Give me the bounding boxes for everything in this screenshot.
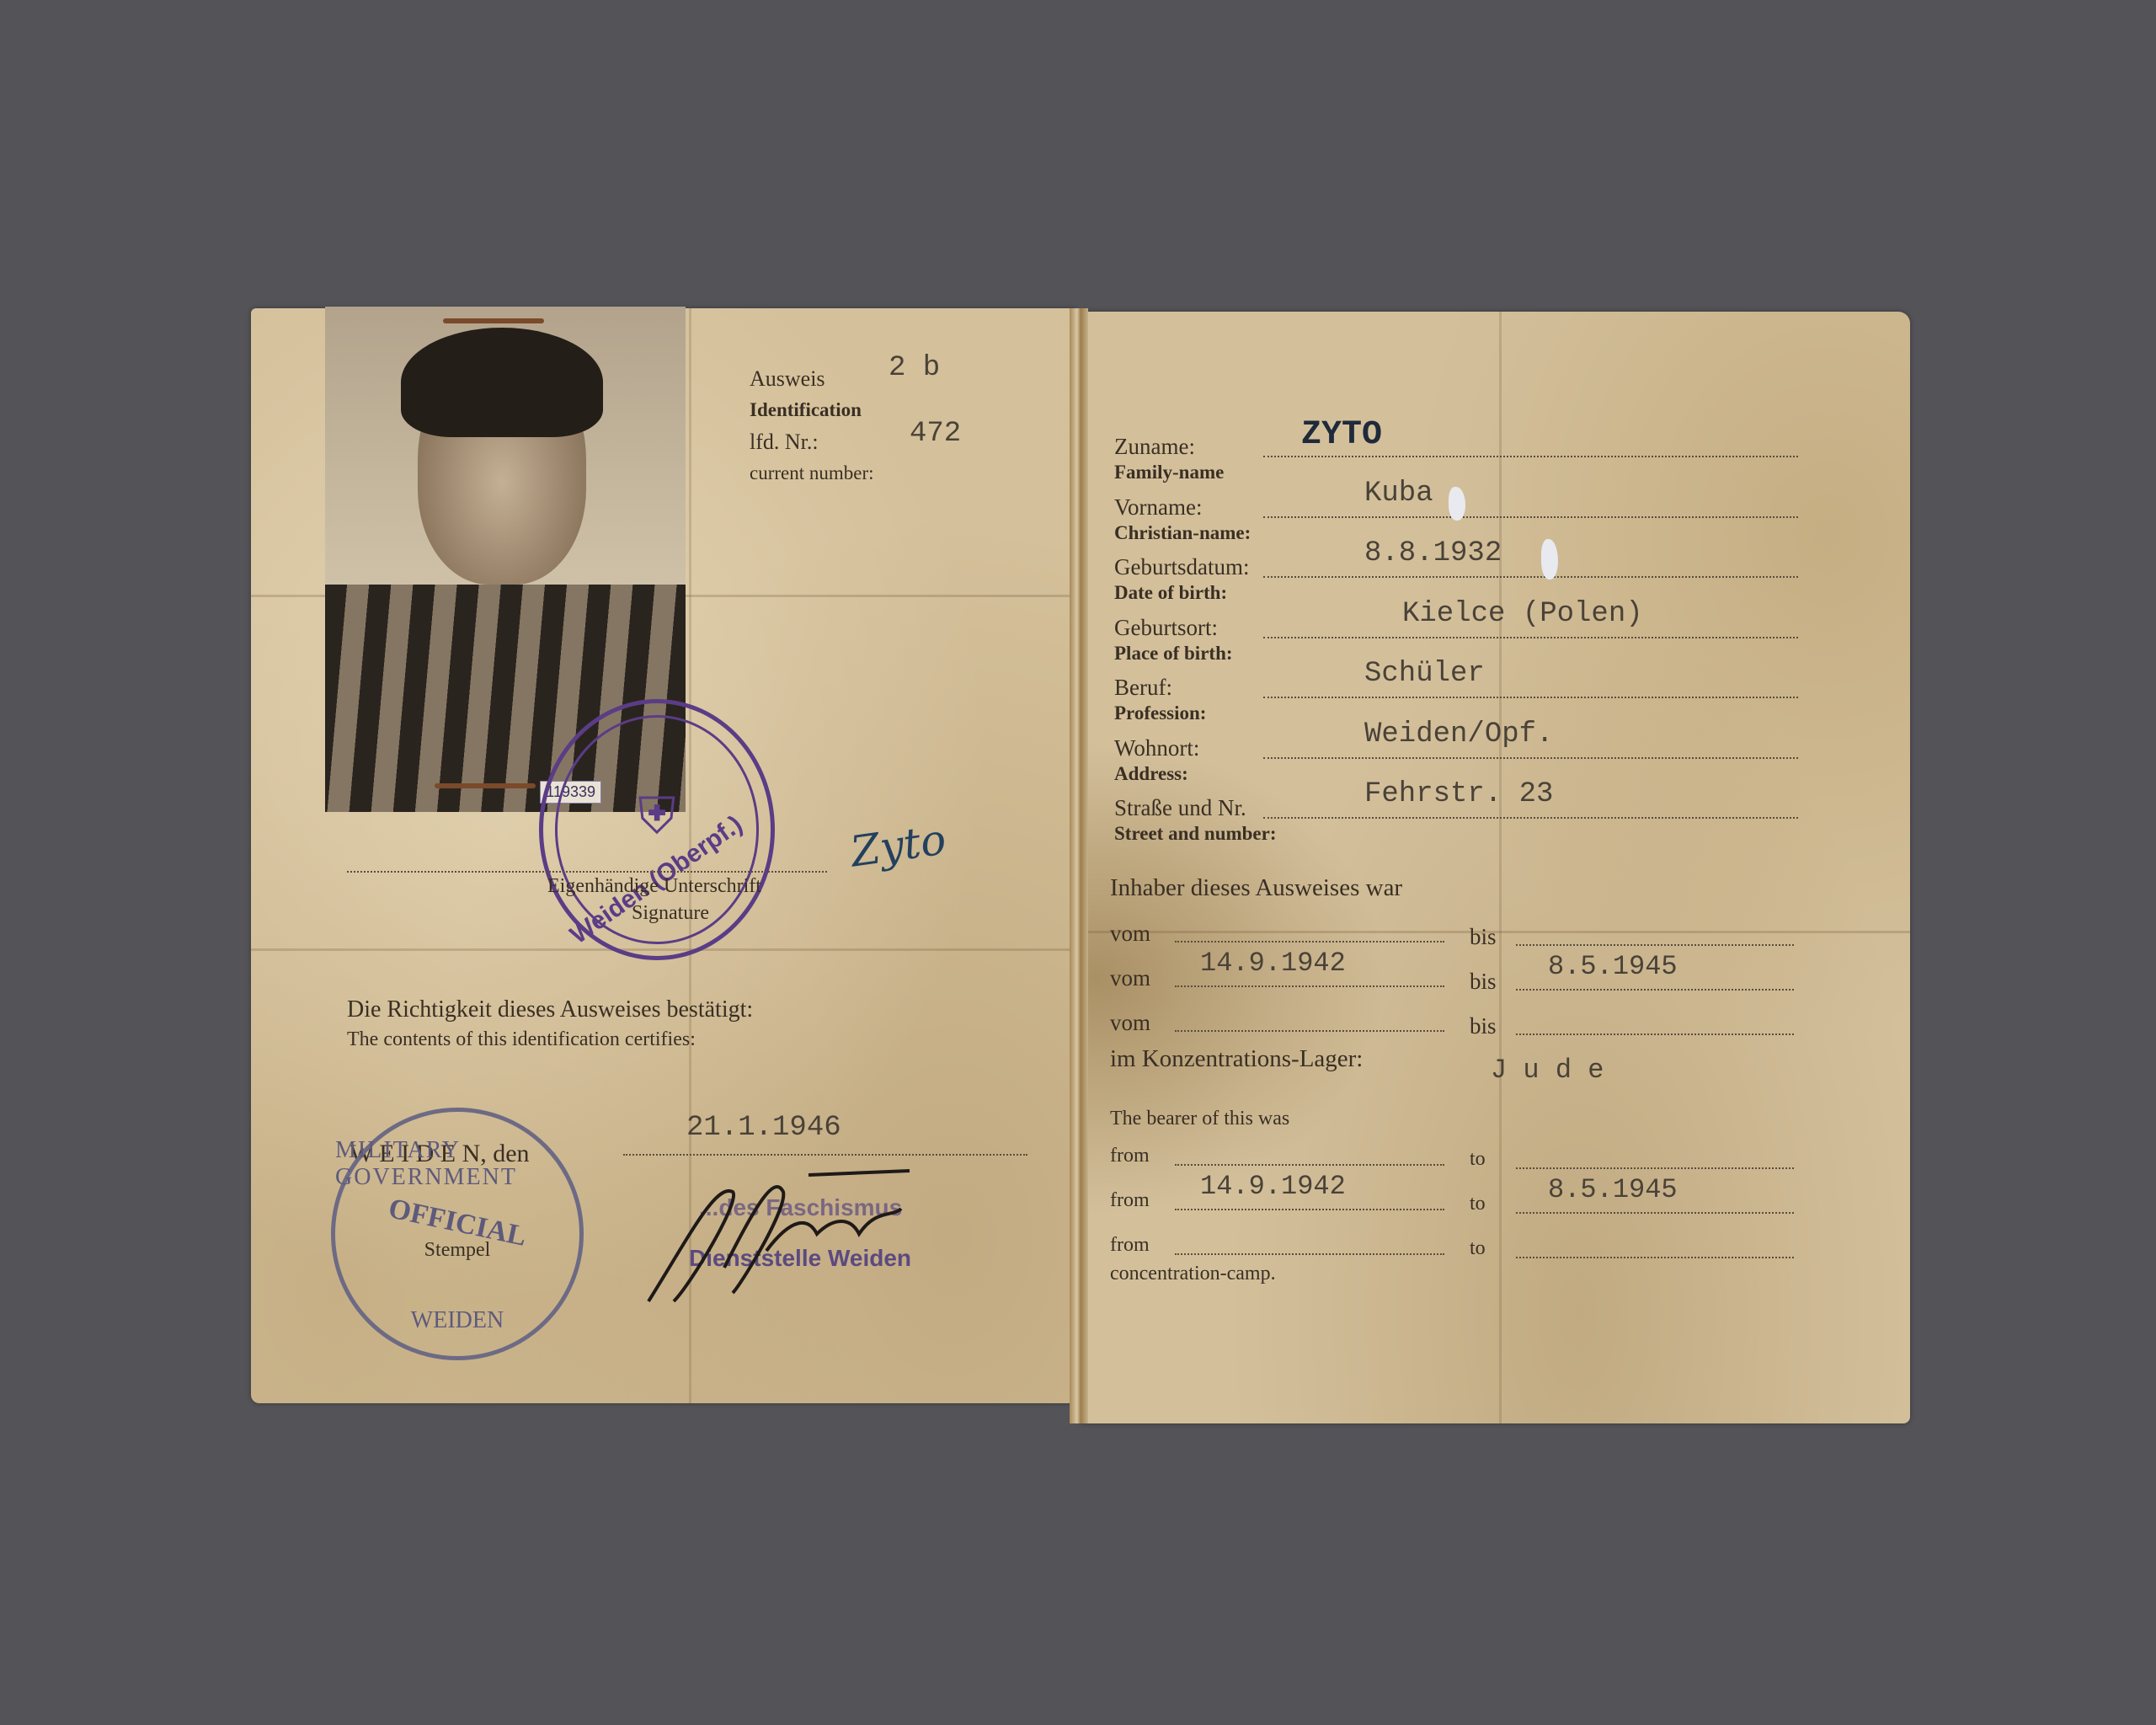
field-label-en: Place of birth: [1114,644,1233,663]
field-value: ZYTO [1301,419,1382,452]
current-number-label: current number: [750,463,874,483]
to-date: 8.5.1945 [1548,1177,1678,1204]
to-label: to [1470,1238,1486,1258]
stamp-bottom-text: WEIDEN [411,1307,504,1334]
paper-hole [1449,487,1465,521]
from-line [1175,985,1444,987]
from-label: from [1110,1190,1150,1210]
field-value: Kuba [1364,479,1433,508]
certification-de: Die Richtigkeit dieses Ausweises bestäti… [347,998,753,1022]
from-date: 14.9.1942 [1200,1173,1346,1200]
field-label-de: Wohnort: [1114,737,1199,760]
field-line [1263,456,1798,457]
field-label-en: Street and number: [1114,824,1277,843]
field-label-en: Family-name [1114,462,1224,482]
field-label-en: Address: [1114,764,1188,783]
staple-icon [435,783,536,788]
from-label: vom [1110,922,1150,945]
field-value: Weiden/Opf. [1364,720,1553,749]
to-date: 8.5.1945 [1548,953,1678,980]
from-line [1175,941,1444,943]
field-value: 8.8.1932 [1364,539,1502,568]
to-label: to [1470,1194,1486,1214]
certification-en: The contents of this identification cert… [347,1029,696,1049]
field-value: Schüler [1364,660,1485,688]
certification-date: 21.1.1946 [686,1114,841,1142]
to-label: bis [1470,970,1497,993]
to-line [1516,1212,1794,1214]
ausweis-value: 2 b [889,354,940,382]
hair [401,328,603,437]
stamp-top-text: MILITARY GOVERNMENT [335,1137,579,1191]
field-label-en: Date of birth: [1114,583,1227,602]
staple-icon [443,318,544,323]
camp-heading-de: Inhaber dieses Ausweises war [1110,876,1402,900]
from-label: vom [1110,1012,1150,1034]
paper-hole [1541,539,1558,579]
identification-label: Identification [750,400,862,419]
signature-line [347,871,827,873]
field-label-en: Profession: [1114,703,1206,723]
from-line [1175,1209,1444,1210]
from-date: 14.9.1942 [1200,950,1346,977]
military-government-stamp: MILITARY GOVERNMENT OFFICIAL Stempel WEI… [331,1108,584,1360]
fold-line [1499,312,1502,1423]
from-label: from [1110,1235,1150,1255]
to-line [1516,944,1794,946]
lfd-nr-value: 472 [910,419,961,448]
field-value: Kielce (Polen) [1402,600,1643,628]
from-label: vom [1110,967,1150,990]
official-signature-icon [640,1167,994,1318]
camp-label-en: concentration-camp. [1110,1263,1276,1284]
field-label-de: Zuname: [1114,435,1195,458]
to-line [1516,989,1794,991]
from-line [1175,1030,1444,1032]
field-label-de: Straße und Nr. [1114,797,1246,820]
to-line [1516,1257,1794,1258]
to-label: bis [1470,1015,1497,1038]
to-line [1516,1167,1794,1169]
lfd-nr-label: lfd. Nr.: [750,431,819,453]
signature-label-de: Eigenhändige Unterschrift [547,876,761,896]
ausweis-label: Ausweis [750,368,825,390]
camp-label-de: im Konzentrations-Lager: [1110,1047,1363,1071]
signature-label-en: Signature [632,903,709,923]
field-line [1263,817,1798,819]
booklet-spine [1070,308,1088,1423]
field-value: Fehrstr. 23 [1364,780,1553,809]
field-label-de: Beruf: [1114,676,1172,699]
field-label-de: Vorname: [1114,496,1202,519]
to-label: bis [1470,926,1497,948]
field-label-de: Geburtsdatum: [1114,556,1249,579]
field-label-de: Geburtsort: [1114,617,1218,639]
camp-heading-en: The bearer of this was [1110,1108,1289,1129]
from-line [1175,1253,1444,1255]
field-line [1263,576,1798,578]
field-line [1263,637,1798,638]
date-line [623,1154,1027,1156]
field-label-en: Christian-name: [1114,523,1251,542]
field-line [1263,697,1798,698]
from-line [1175,1164,1444,1166]
camp-value: J u d e [1491,1057,1604,1084]
field-line [1263,516,1798,518]
field-line [1263,757,1798,759]
from-label: from [1110,1146,1150,1166]
coat-of-arms-icon: ⛨ [638,788,676,846]
to-line [1516,1033,1794,1035]
to-label: to [1470,1149,1486,1169]
